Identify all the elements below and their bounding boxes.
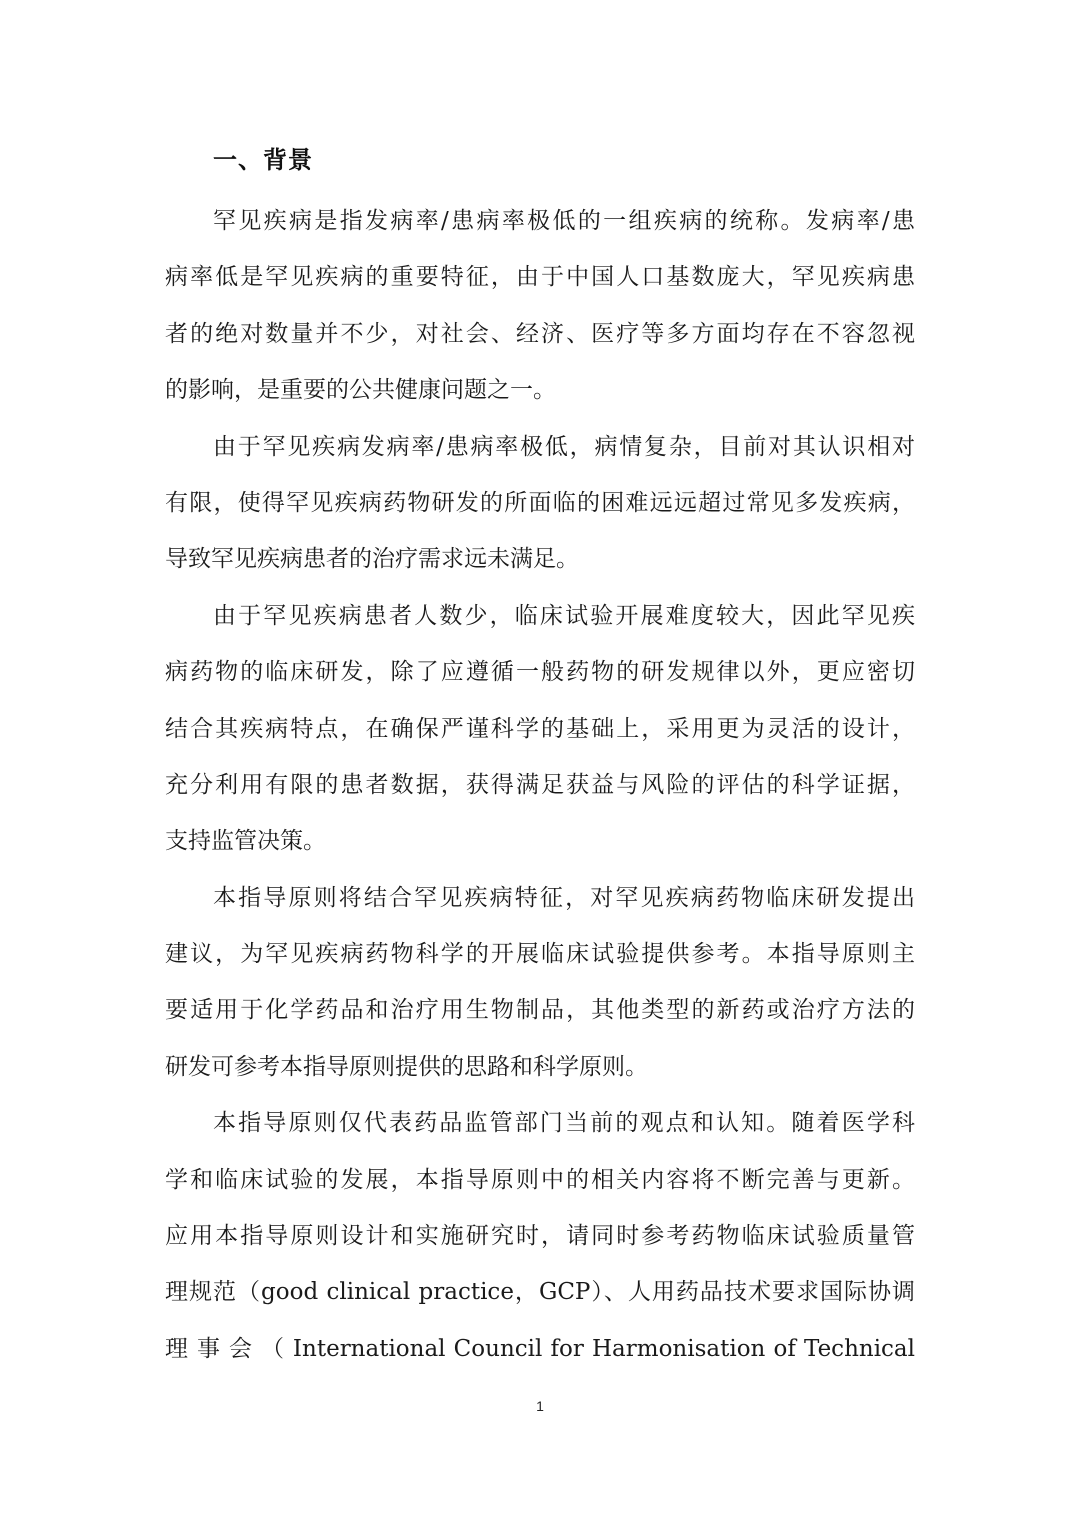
- paragraph-1-line-4: 的影响，是重要的公共健康问题之一。: [165, 362, 915, 418]
- paragraph-2-line-1: 由于罕见疾病发病率/患病率极低，病情复杂，目前对其认识相对: [165, 419, 915, 475]
- paragraph-5-line-2: 学和临床试验的发展，本指导原则中的相关内容将不断完善与更新。: [165, 1152, 915, 1208]
- paragraph-5-line-4: 理规范（good clinical practice，GCP）、人用药品技术要求…: [165, 1264, 915, 1320]
- paragraph-1-line-1: 罕见疾病是指发病率/患病率极低的一组疾病的统称。发病率/患: [165, 193, 915, 249]
- paragraph-1-line-3: 者的绝对数量并不少，对社会、经济、医疗等多方面均存在不容忽视: [165, 306, 915, 362]
- paragraph-4-line-3: 要适用于化学药品和治疗用生物制品，其他类型的新药或治疗方法的: [165, 982, 915, 1038]
- body-text: 罕见疾病是指发病率/患病率极低的一组疾病的统称。发病率/患 病率低是罕见疾病的重…: [165, 193, 915, 1377]
- paragraph-5-line-1: 本指导原则仅代表药品监管部门当前的观点和认知。随着医学科: [165, 1095, 915, 1151]
- paragraph-5-line-5: 理 事 会 （ International Council for Harmon…: [165, 1321, 915, 1377]
- paragraph-3-line-4: 充分利用有限的患者数据，获得满足获益与风险的评估的科学证据，: [165, 757, 915, 813]
- paragraph-4-line-4: 研发可参考本指导原则提供的思路和科学原则。: [165, 1039, 915, 1095]
- paragraph-2-line-2: 有限，使得罕见疾病药物研发的所面临的困难远远超过常见多发疾病，: [165, 475, 915, 531]
- paragraph-2-line-3: 导致罕见疾病患者的治疗需求远未满足。: [165, 531, 915, 587]
- paragraph-3-line-3: 结合其疾病特点，在确保严谨科学的基础上，采用更为灵活的设计，: [165, 701, 915, 757]
- paragraph-3-line-5: 支持监管决策。: [165, 813, 915, 869]
- paragraph-3-line-1: 由于罕见疾病患者人数少，临床试验开展难度较大，因此罕见疾: [165, 588, 915, 644]
- paragraph-4-line-1: 本指导原则将结合罕见疾病特征，对罕见疾病药物临床研发提出: [165, 870, 915, 926]
- page-number: 1: [0, 1398, 1080, 1414]
- paragraph-4-line-2: 建议，为罕见疾病药物科学的开展临床试验提供参考。本指导原则主: [165, 926, 915, 982]
- document-page: 一、背景 罕见疾病是指发病率/患病率极低的一组疾病的统称。发病率/患 病率低是罕…: [0, 0, 1080, 1528]
- paragraph-1-line-2: 病率低是罕见疾病的重要特征，由于中国人口基数庞大，罕见疾病患: [165, 249, 915, 305]
- paragraph-5-line-3: 应用本指导原则设计和实施研究时，请同时参考药物临床试验质量管: [165, 1208, 915, 1264]
- paragraph-3-line-2: 病药物的临床研发，除了应遵循一般药物的研发规律以外，更应密切: [165, 644, 915, 700]
- section-heading: 一、背景: [213, 140, 313, 180]
